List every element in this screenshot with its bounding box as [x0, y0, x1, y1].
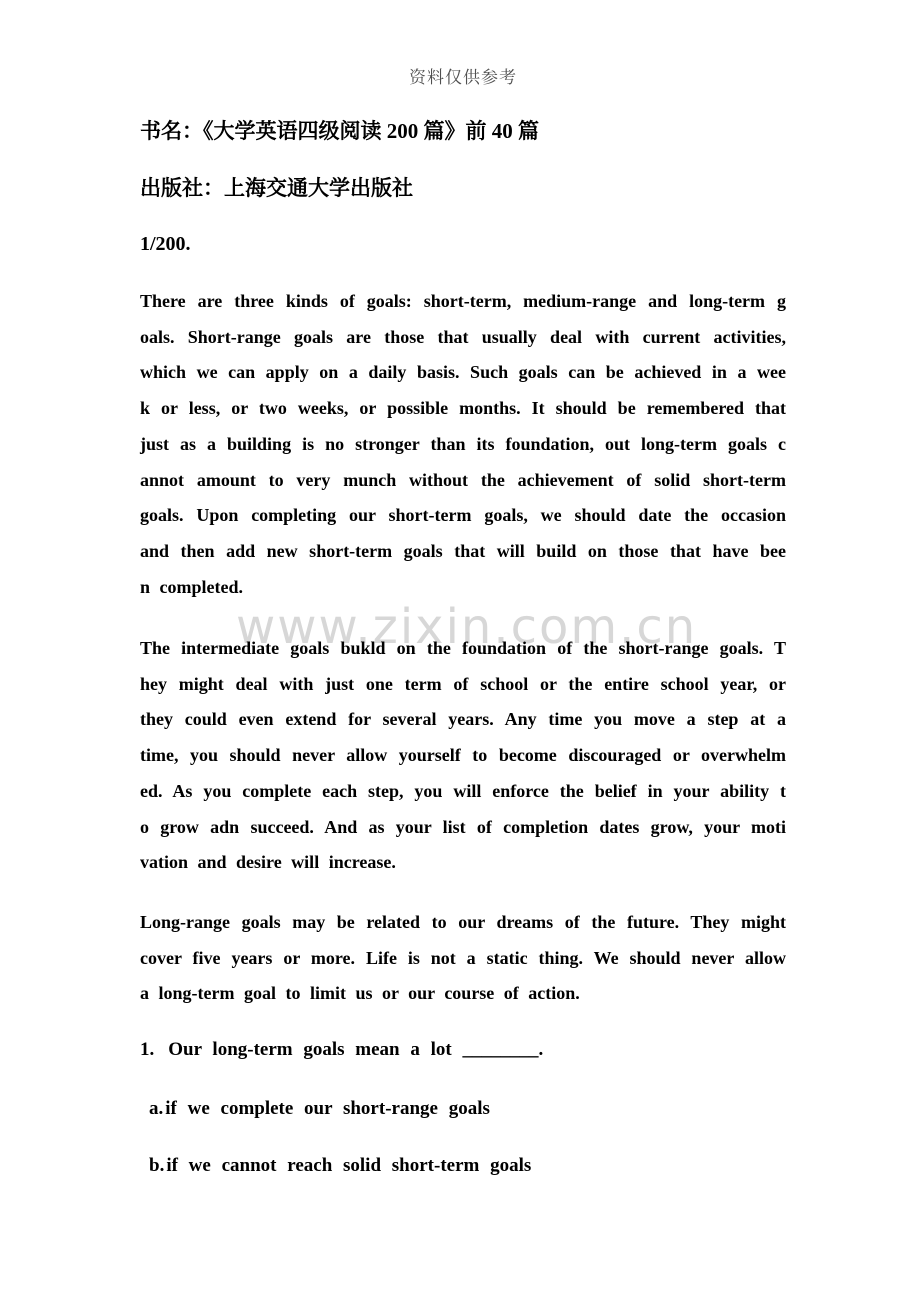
- option-b-text: if we cannot reach solid short-term goal…: [166, 1155, 531, 1176]
- document-page: 资料仅供参考 www.zixin.com.cn 书名：《大学英语四级阅读 200…: [0, 0, 920, 1302]
- passage-paragraph-3: Long-range goals may be related to our d…: [140, 905, 786, 1012]
- passage-paragraph-1: There are three kinds of goals: short-te…: [140, 284, 786, 605]
- passage-line: they could even extend for several years…: [140, 702, 786, 738]
- option-a-text: if we complete our short-range goals: [165, 1098, 490, 1119]
- option-a: a.if we complete our short-range goals: [149, 1091, 490, 1127]
- passage-line: There are three kinds of goals: short-te…: [140, 284, 786, 320]
- passage-number: 1/200.: [140, 233, 191, 256]
- passage-line: time, you should never allow yourself to…: [140, 738, 786, 774]
- passage-line: goals. Upon completing our short-term go…: [140, 498, 786, 534]
- answer-blank: ________: [463, 1039, 539, 1060]
- publisher-line: 出版社：上海交通大学出版社: [140, 172, 413, 202]
- question-line: 1.Our long-term goals mean a lot _______…: [140, 1032, 543, 1068]
- option-b: b.if we cannot reach solid short-term go…: [149, 1148, 531, 1184]
- passage-line: just as a building is no stronger than i…: [140, 427, 786, 463]
- passage-line: cover five years or more. Life is not a …: [140, 941, 786, 977]
- question-number: 1.: [140, 1039, 154, 1060]
- passage-line: annot amount to very munch without the a…: [140, 463, 786, 499]
- passage-line: vation and desire will increase.: [140, 845, 786, 881]
- header-note: 资料仅供参考: [140, 63, 786, 88]
- passage-line: Long-range goals may be related to our d…: [140, 905, 786, 941]
- question-period: .: [539, 1039, 544, 1060]
- passage-paragraph-2: The intermediate goals bukld on the foun…: [140, 631, 786, 881]
- question-text: Our long-term goals mean a lot: [168, 1039, 452, 1060]
- passage-line: a long-term goal to limit us or our cour…: [140, 976, 786, 1012]
- book-title-line: 书名：《大学英语四级阅读 200 篇》前 40 篇: [140, 115, 539, 145]
- passage-line: k or less, or two weeks, or possible mon…: [140, 391, 786, 427]
- passage-line: and then add new short-term goals that w…: [140, 534, 786, 570]
- passage-line: n completed.: [140, 570, 786, 606]
- option-a-label: a.: [149, 1098, 163, 1119]
- passage-line: o grow adn succeed. And as your list of …: [140, 810, 786, 846]
- passage-line: The intermediate goals bukld on the foun…: [140, 631, 786, 667]
- passage-line: ed. As you complete each step, you will …: [140, 774, 786, 810]
- passage-line: hey might deal with just one term of sch…: [140, 667, 786, 703]
- passage-line: oals. Short-range goals are those that u…: [140, 320, 786, 356]
- passage-line: which we can apply on a daily basis. Suc…: [140, 355, 786, 391]
- option-b-label: b.: [149, 1155, 164, 1176]
